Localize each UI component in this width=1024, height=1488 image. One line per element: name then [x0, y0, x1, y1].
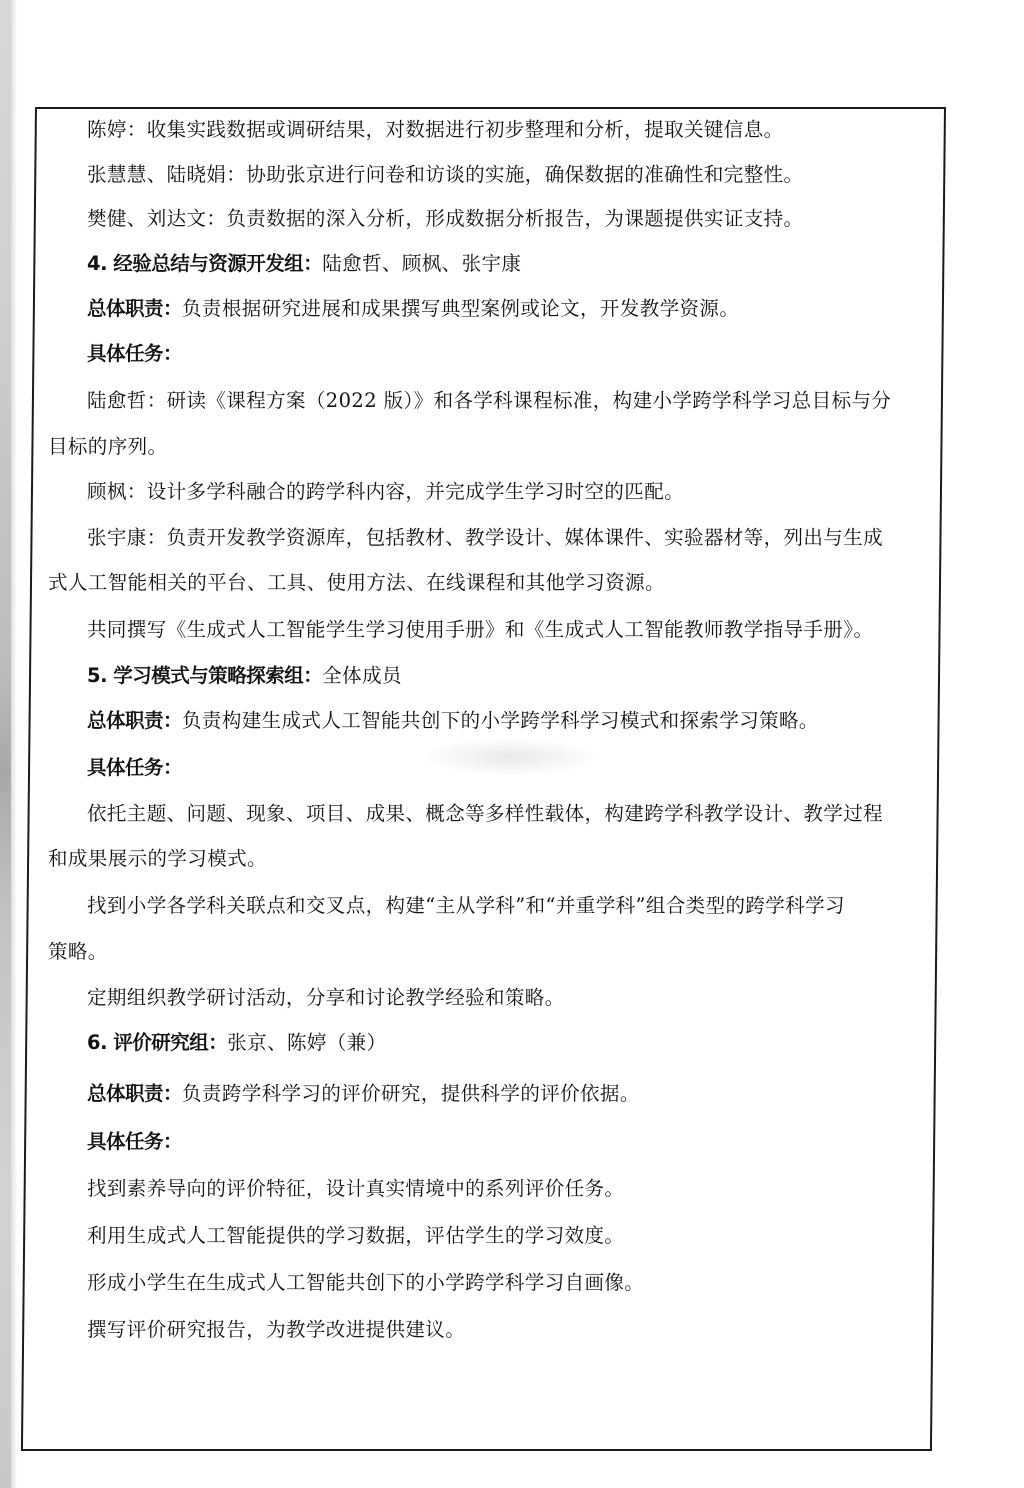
- group-5-duty: 总体职责：负责构建生成式人工智能共创下的小学跨学科学习模式和探索学习策略。: [48, 706, 819, 736]
- task-line: 共同撰写《生成式人工智能学生学习使用手册》和《生成式人工智能教师教学指导手册》。: [48, 615, 873, 645]
- task-line-continuation: 式人工智能相关的平台、工具、使用方法、在线课程和其他学习资源。: [48, 568, 665, 598]
- person-name: 张慧慧、陆晓娟：: [87, 163, 246, 186]
- task-text: 协助张京进行问卷和访谈的实施，确保数据的准确性和完整性。: [246, 163, 803, 186]
- task-line: 张宇康：负责开发教学资源库，包括教材、教学设计、媒体课件、实验器材等，列出与生成: [48, 523, 883, 553]
- group-members: 全体成员: [322, 664, 402, 687]
- task-line: 找到小学各学科关联点和交叉点，构建“主从学科”和“并重学科”组合类型的跨学科学习: [48, 891, 845, 921]
- scan-smudge: [420, 738, 600, 776]
- duty-label: 总体职责：: [87, 709, 182, 732]
- task-line: 撰写评价研究报告，为教学改进提供建议。: [48, 1315, 465, 1345]
- duty-label: 总体职责：: [87, 1082, 182, 1105]
- group-members: 陆愈哲、顾枫、张宇康: [322, 252, 521, 275]
- task-line: 依托主题、问题、现象、项目、成果、概念等多样性载体，构建跨学科教学设计、教学过程: [48, 799, 883, 829]
- person-name: 樊健、刘达文：: [87, 207, 226, 230]
- group-heading: 5. 学习模式与策略探索组：: [87, 664, 322, 687]
- task-paragraph: 张慧慧、陆晓娟：协助张京进行问卷和访谈的实施，确保数据的准确性和完整性。: [48, 160, 803, 190]
- group-heading: 6. 评价研究组：: [87, 1031, 227, 1054]
- task-line: 形成小学生在生成式人工智能共创下的小学跨学科学习自画像。: [48, 1268, 644, 1298]
- duty-label: 总体职责：: [87, 297, 182, 320]
- group-6-tasks-label: 具体任务：: [48, 1127, 182, 1157]
- group-4-heading-line: 4. 经验总结与资源开发组：陆愈哲、顾枫、张宇康: [48, 249, 521, 279]
- task-line-continuation: 和成果展示的学习模式。: [48, 844, 267, 874]
- duty-text: 负责根据研究进展和成果撰写典型案例或论文，开发教学资源。: [182, 297, 739, 320]
- scan-edge-shadow: [0, 0, 11, 1488]
- group-5-tasks-label: 具体任务：: [48, 753, 182, 783]
- task-text: 负责数据的深入分析，形成数据分析报告，为课题提供实证支持。: [226, 207, 803, 230]
- task-line-continuation: 策略。: [48, 937, 108, 967]
- duty-text: 负责构建生成式人工智能共创下的小学跨学科学习模式和探索学习策略。: [182, 709, 819, 732]
- group-4-duty: 总体职责：负责根据研究进展和成果撰写典型案例或论文，开发教学资源。: [48, 294, 739, 324]
- task-text: 收集实践数据或调研结果，对数据进行初步整理和分析，提取关键信息。: [147, 118, 784, 141]
- group-4-tasks-label: 具体任务：: [48, 339, 182, 369]
- person-name: 陈婷：: [87, 118, 147, 141]
- group-6-duty: 总体职责：负责跨学科学习的评价研究，提供科学的评价依据。: [48, 1079, 640, 1109]
- group-5-heading-line: 5. 学习模式与策略探索组：全体成员: [48, 661, 402, 691]
- tasks-label: 具体任务：: [87, 1130, 182, 1153]
- task-line-continuation: 目标的序列。: [48, 432, 167, 462]
- duty-text: 负责跨学科学习的评价研究，提供科学的评价依据。: [182, 1082, 640, 1105]
- tasks-label: 具体任务：: [87, 756, 182, 779]
- task-line: 定期组织教学研讨活动，分享和讨论教学经验和策略。: [48, 983, 565, 1013]
- task-line: 找到素养导向的评价特征，设计真实情境中的系列评价任务。: [48, 1174, 624, 1204]
- task-line: 顾枫：设计多学科融合的跨学科内容，并完成学生学习时空的匹配。: [48, 477, 684, 507]
- task-paragraph: 陈婷：收集实践数据或调研结果，对数据进行初步整理和分析，提取关键信息。: [48, 115, 784, 145]
- group-members: 张京、陈婷（兼）: [227, 1031, 386, 1054]
- task-line: 利用生成式人工智能提供的学习数据，评估学生的学习效度。: [48, 1221, 624, 1251]
- group-6-heading-line: 6. 评价研究组：张京、陈婷（兼）: [48, 1028, 386, 1058]
- tasks-label: 具体任务：: [87, 342, 182, 365]
- group-heading: 4. 经验总结与资源开发组：: [87, 252, 322, 275]
- task-line: 陆愈哲：研读《课程方案（2022 版）》和各学科课程标准，构建小学跨学科学习总目…: [48, 386, 891, 416]
- task-paragraph: 樊健、刘达文：负责数据的深入分析，形成数据分析报告，为课题提供实证支持。: [48, 204, 803, 234]
